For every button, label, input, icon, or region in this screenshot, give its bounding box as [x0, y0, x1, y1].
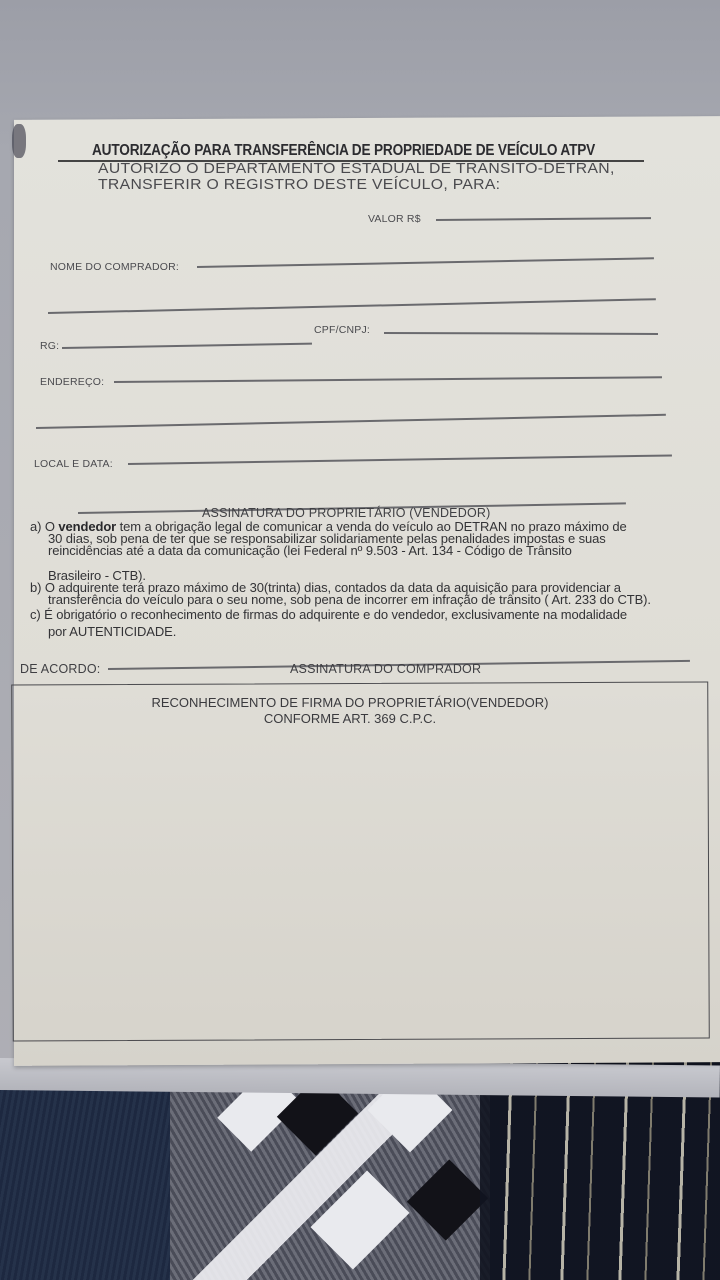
- note-c-line2: por AUTENTICIDADE.: [48, 626, 176, 639]
- ink-smudge: [12, 124, 26, 158]
- seller-signature-caption: ASSINATURA DO PROPRIETÁRIO (VENDEDOR): [202, 506, 490, 520]
- note-a-marker: a): [30, 519, 41, 534]
- notary-recognition-box: [11, 681, 710, 1041]
- cpf-cnpj-label: CPF/CNPJ:: [314, 324, 370, 336]
- notary-box-line1: RECONHECIMENTO DE FIRMA DO PROPRIETÁRIO(…: [70, 695, 630, 710]
- endereco-label: ENDEREÇO:: [40, 376, 104, 388]
- note-b-marker: b): [30, 580, 41, 595]
- note-a-line3: reincidências até a data da comunicação …: [48, 545, 572, 558]
- rg-label: RG:: [40, 340, 59, 352]
- notary-box-line2: CONFORME ART. 369 C.P.C.: [70, 711, 630, 726]
- note-c: c) É obrigatório o reconhecimento de fir…: [30, 609, 627, 622]
- form-title: AUTORIZAÇÃO PARA TRANSFERÊNCIA DE PROPRI…: [92, 142, 595, 160]
- local-data-label: LOCAL E DATA:: [34, 458, 113, 470]
- valor-label: VALOR R$: [368, 213, 421, 225]
- note-b-line2: transferência do veículo para o seu nome…: [48, 594, 651, 607]
- note-c-marker: c): [30, 607, 41, 622]
- form-subtitle-line2: TRANSFERIR O REGISTRO DESTE VEÍCULO, PAR…: [98, 176, 500, 193]
- form-subtitle-line1: AUTORIZO O DEPARTAMENTO ESTADUAL DE TRÂN…: [98, 160, 615, 177]
- agreement-label: DE ACORDO:: [20, 662, 101, 676]
- buyer-signature-caption: ASSINATURA DO COMPRADOR: [290, 662, 481, 676]
- nome-comprador-label: NOME DO COMPRADOR:: [50, 261, 179, 273]
